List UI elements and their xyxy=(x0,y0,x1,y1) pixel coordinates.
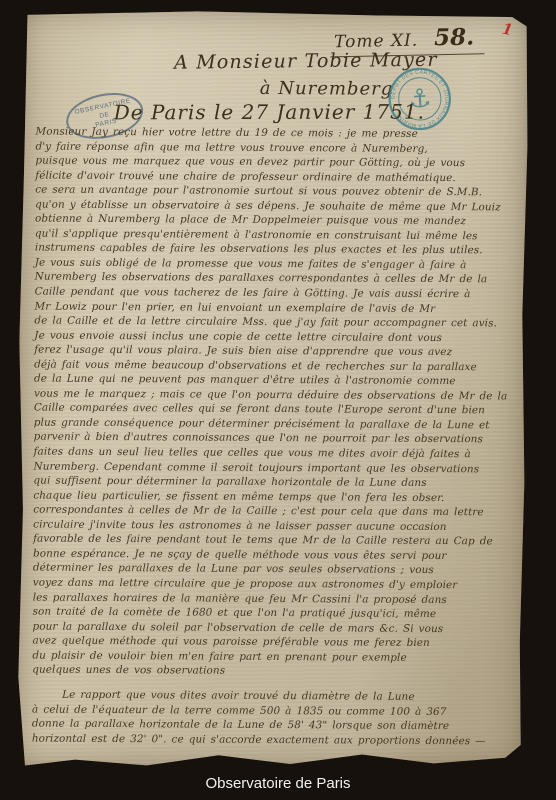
red-folio-number: 1 xyxy=(501,20,515,40)
letter-body-paragraph-1: Monsieur Jay reçu hier votre lettre du 1… xyxy=(32,125,527,681)
letter-line: horizontal est de 32' 0". ce qui s'accor… xyxy=(32,731,524,749)
letter-page: 1 Tome XI.58. A Monsieur Tobie Mayer à N… xyxy=(14,6,531,771)
photo-background: 1 Tome XI.58. A Monsieur Tobie Mayer à N… xyxy=(0,0,556,800)
letter-line: quelques unes de vos observations xyxy=(32,663,524,681)
address-line-2: à Nuremberg xyxy=(260,78,394,100)
dateline: De Paris le 27 Janvier 1751. xyxy=(114,100,425,125)
caption-observatoire-de-paris: Observatoire de Paris xyxy=(0,775,556,792)
letter-body-paragraph-2: Le rapport que vous dites avoir trouvé d… xyxy=(32,688,524,749)
folio-number: 58. xyxy=(434,23,475,51)
